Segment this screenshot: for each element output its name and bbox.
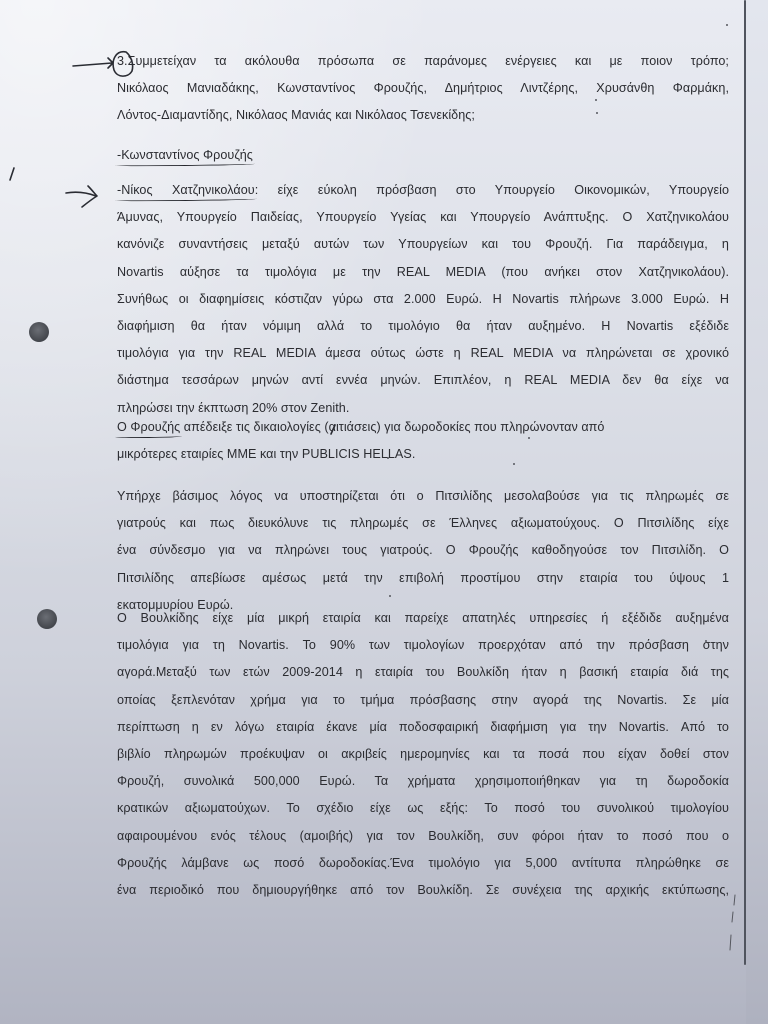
text-line: τιμολόγια για τη Novartis. Το 90% των τι… [117, 632, 729, 659]
text-line: Νικόλαος Μανιαδάκης, Κωνσταντίνος Φρουζή… [117, 75, 729, 102]
punch-hole-icon [29, 322, 49, 342]
paper-speck [726, 24, 728, 26]
heading-frouzis: -Κωνσταντίνος Φρουζής [117, 142, 729, 169]
paper-speck [528, 437, 530, 439]
paper-speck [513, 463, 515, 465]
text-line: τιμολόγια για την REAL MEDIA άμεσα ούτως… [117, 340, 729, 367]
page-edge-line [744, 0, 746, 965]
paper-speck [596, 112, 598, 114]
paragraph-pitsilidis: Υπήρχε βάσιμος λόγος να υποστηρίζεται ότ… [117, 483, 729, 619]
paragraph-voulkidis: Ο Βουλκίδης είχε μία μικρή εταιρία και π… [117, 605, 729, 904]
punch-hole-icon [37, 609, 57, 629]
paragraph-frouzis-justified: Ο Φρουζής απέδειξε τις δικαιολογίες (αιτ… [117, 414, 729, 468]
text-line: Novartis αύξησε τα τιμολόγια με την REAL… [117, 259, 729, 286]
page-background-edge [746, 0, 768, 1024]
text-line: μικρότερες εταιρίες ΜΜΕ και την PUBLICIS… [117, 441, 729, 468]
text-line: κρατικών αξιωματούχων. Το σχέδιο είχε ως… [117, 795, 729, 822]
text-line: αγορά.Μεταξύ των ετών 2009-2014 η εταιρί… [117, 659, 729, 686]
text-line: Φρουζής λάμβανε ως ποσό δωροδοκίας.Ένα τ… [117, 850, 729, 877]
text-line: βιβλίο πληρωμών προέκυψαν οι ακριβείς ημ… [117, 741, 729, 768]
paragraph-question-3: 3.Συμμετείχαν τα ακόλουθα πρόσωπα σε παρ… [117, 48, 729, 130]
paper-speck [387, 457, 389, 459]
text-line: Άμυνας, Υπουργείο Παιδείας, Υπουργείο Υγ… [117, 204, 729, 231]
text-line: Φρουζή, συνολικά 500,000 Ευρώ. Τα χρήματ… [117, 768, 729, 795]
text-line: ένα περιοδικό που δημιουργήθηκε από τον … [117, 877, 729, 904]
text-line: διάστημα τεσσάρων μηνών αντί εννέα μηνών… [117, 367, 729, 394]
paragraph-chatzinikolaou: -Νίκος Χατζηνικολάου: είχε εύκολη πρόσβα… [117, 177, 729, 422]
text-line: ένα σύνδεσμο για να πληρώνει τους γιατρο… [117, 537, 729, 564]
text-line: Πιτσιλίδης απεβίωσε αμέσως μετά την επιβ… [117, 565, 729, 592]
text-line: αφαιρουμένου ενός τέλους (αμοιβής) για τ… [117, 823, 729, 850]
text-line: οποίας ξεπλενόταν χρήμα για το τμήμα πρό… [117, 687, 729, 714]
text-line: Υπήρχε βάσιμος λόγος να υποστηρίζεται ότ… [117, 483, 729, 510]
paper-speck [705, 640, 707, 642]
text-line: κανόνιζε συναντήσεις μεταξύ αυτών των Υπ… [117, 231, 729, 258]
underlined-name: Ο Φρουζής [117, 420, 180, 434]
text-line: απέδειξε τις δικαιολογίες (αιτιάσεις) γι… [180, 420, 604, 434]
text-line: : είχε εύκολη πρόσβαση στο Υπουργείο Οικ… [255, 183, 729, 197]
underlined-name: -Νίκος Χατζηνικολάου [117, 183, 255, 197]
paper-speck [595, 99, 597, 101]
text-line: διαφήμιση θα ήταν νόμιμη αλλά το τιμολόγ… [117, 313, 729, 340]
text-line: Λόντος-Διαμαντίδης, Νικόλαος Μανιάς και … [117, 102, 729, 129]
text-line: περίπτωση η εν λόγω εταιρία έκανε μία πο… [117, 714, 729, 741]
text-line: γιατρούς και πως διευκόλυνε τις πληρωμές… [117, 510, 729, 537]
underlined-name: -Κωνσταντίνος Φρουζής [117, 148, 253, 162]
text-line: 3.Συμμετείχαν τα ακόλουθα πρόσωπα σε παρ… [117, 48, 729, 75]
text-line: Συνήθως οι διαφημίσεις κόστιζαν γύρω στα… [117, 286, 729, 313]
text-line: Ο Βουλκίδης είχε μία μικρή εταιρία και π… [117, 605, 729, 632]
paper-speck [389, 595, 391, 597]
